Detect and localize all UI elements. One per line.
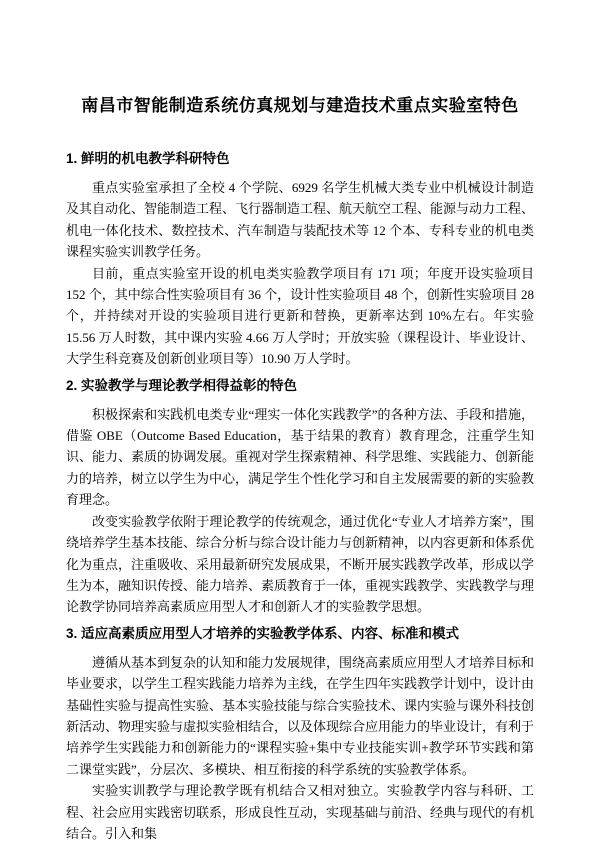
paragraph: 积极探索和实践机电类专业“理实一体化实践教学”的各种方法、手段和措施，借鉴 OB… <box>66 404 534 511</box>
paragraph: 遵循从基本到复杂的认知和能力发展规律，围绕高素质应用型人才培养目标和毕业要求，以… <box>66 652 534 780</box>
document-title: 南昌市智能制造系统仿真规划与建造技术重点实验室特色 <box>66 95 534 117</box>
section-1: 1. 鲜明的机电教学科研特色 重点实验室承担了全校 4 个学院、6929 名学生… <box>66 149 534 370</box>
paragraph: 目前，重点实验室开设的机电类实验教学项目有 171 项；年度开设实验项目 152… <box>66 263 534 370</box>
document-page: 南昌市智能制造系统仿真规划与建造技术重点实验室特色 1. 鲜明的机电教学科研特色… <box>0 0 600 848</box>
paragraph: 改变实验教学依附于理论教学的传统观念，通过优化“专业人才培养方案”，围绕培养学生… <box>66 511 534 618</box>
section-3: 3. 适应高素质应用型人才培养的实验教学体系、内容、标准和模式 遵循从基本到复杂… <box>66 624 534 845</box>
section-2-heading: 2. 实验教学与理论教学相得益彰的特色 <box>66 376 534 395</box>
section-2: 2. 实验教学与理论教学相得益彰的特色 积极探索和实践机电类专业“理实一体化实践… <box>66 376 534 618</box>
section-1-heading: 1. 鲜明的机电教学科研特色 <box>66 149 534 168</box>
paragraph: 重点实验室承担了全校 4 个学院、6929 名学生机械大类专业中机械设计制造及其… <box>66 177 534 263</box>
section-3-heading: 3. 适应高素质应用型人才培养的实验教学体系、内容、标准和模式 <box>66 624 534 643</box>
paragraph: 实验实训教学与理论教学既有机结合又相对独立。实验教学内容与科研、工程、社会应用实… <box>66 780 534 844</box>
